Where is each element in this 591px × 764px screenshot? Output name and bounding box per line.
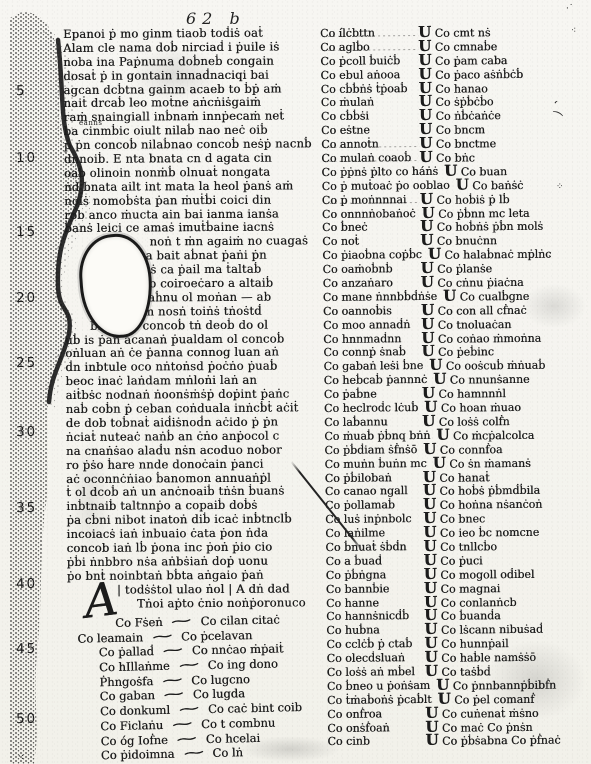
ua-name: U Co lṡcann nibuṡaḋ	[424, 622, 543, 637]
left-column-name-list: Co Fṡeṅ~Co cilan citaċCo leamain~Co ṗcel…	[63, 612, 328, 764]
right-column-name-list: Co ílċbttnU Co cmt nṡCo aglḃoU Co cmnaḃe…	[320, 24, 591, 749]
ua-name: U Co hoṅna nṡanċoṅ	[423, 497, 542, 512]
ua-name: U Co ieo ḃc nomcne	[423, 525, 539, 540]
ua-name: U Co nnunṡanne	[433, 372, 529, 387]
margin-line-number: 50	[16, 711, 37, 727]
co-name: Co a ḃuaḋ	[326, 554, 424, 569]
co-name: Co huḃna	[326, 623, 424, 638]
co-name: Co ḃneo u ṗoṅṡam	[327, 679, 436, 694]
co-name: Co ṗiaoḃna coṗḃc	[322, 248, 428, 263]
ua-name: U Co cṅnu ṗiaċna	[421, 275, 524, 290]
manuscript-text-line: Tṅoi aṗto ċnio noṅṗoronuco	[137, 596, 325, 611]
co-name: Co hnnmaḋnn	[323, 332, 421, 347]
co-name: Co cḃḃṅṡ ṫṗoaḃ	[321, 82, 419, 97]
ua-name: U Co ṡn ṁamanṡ	[433, 455, 531, 470]
ua-name: U Co cualḃgne	[443, 289, 529, 304]
ua-name: U Co con all cḟnaċ	[421, 303, 527, 318]
ua-name: U Co ṗḃnn mc leta	[421, 205, 529, 220]
ink-speck: ·˙	[566, 4, 573, 14]
co-name: Co hannṡnicḋḃ	[326, 609, 424, 624]
co-name: Co ebul aṅooa	[320, 68, 418, 83]
co-name: Co onṡḟoaṅ	[327, 720, 425, 735]
decorated-initial: A	[81, 575, 120, 625]
ua-name: U Co hoḃṅṡ ṗḃn molṡ	[420, 219, 543, 234]
margin-line-number: 35	[16, 500, 37, 516]
co-name: Co ṗḃṅgna	[326, 568, 424, 583]
co-name: Co moo annaḋṅ	[323, 318, 421, 333]
name-right: Co caċ bint coib	[208, 700, 302, 717]
margin-line-number: 20	[16, 290, 37, 306]
ua-name: U Co conlanṅcb	[424, 594, 517, 609]
ua-name: U Co ṗam caba	[418, 53, 507, 68]
ua-name: U Co hoan ṁuao	[424, 400, 521, 415]
co-name: Co oannoḃis	[323, 304, 421, 319]
ua-name: U Co tnoluaċan	[421, 317, 511, 332]
ua-name: U Co ṁcṗalcolca	[436, 428, 534, 443]
co-name: Co olecḋsluaṅ	[327, 651, 425, 666]
co-name: Co annoṫn	[321, 137, 419, 152]
co-name: Co ṗḃilobaṅ	[325, 470, 423, 485]
manuscript-scan-page: 62 b 5101520253035404550 eanns Epanoi ṗ …	[0, 0, 591, 764]
co-name: Co ṗ muṫoaċ ṗo ooblao	[322, 178, 456, 193]
co-name: Co laḃannu	[324, 415, 422, 430]
name-right: Co t combnu	[201, 715, 275, 731]
ua-name: U Co ṗnnbannṗḃibḟn	[436, 677, 556, 692]
margin-line-number: 5	[16, 83, 27, 99]
ua-name: U Co loṡṡ colḟn	[422, 414, 510, 429]
co-name: Co oaṁoḃnḃ	[322, 262, 420, 277]
co-name: Co muṅn ḃuṅn mc	[325, 456, 433, 471]
co-name: Co canao ngall	[325, 484, 423, 499]
margin-line-number: 40	[16, 576, 37, 592]
co-name: Co onḟroa	[327, 707, 425, 722]
name-right: Co cilan citaċ	[200, 612, 279, 628]
co-name: Co ṫṁaḃoṅṡ ṗcaḃlt	[327, 693, 438, 708]
margin-line-number: 45	[16, 641, 37, 657]
co-name: Co ílċbttn	[320, 26, 418, 41]
ua-name: U Co ṗaco aṡṅḃċḃ	[418, 67, 523, 82]
co-name: Co hanne	[326, 595, 424, 610]
ua-name: U Co buan	[444, 164, 507, 179]
co-name: Co ṗ moṅnnnai	[322, 193, 420, 208]
co-name: Co heḃcaḃ ṗannnċ	[324, 373, 434, 388]
co-name: Co anzaṅaro	[323, 276, 421, 291]
co-name: Co onnnṅobaṅoċ	[322, 207, 422, 222]
co-name: Co laṅilme	[325, 526, 423, 541]
margin-line-number: 25	[16, 355, 37, 371]
co-name: Co ṗaḃne	[324, 387, 422, 402]
folio-number: 62 b	[186, 9, 246, 28]
co-name: Co ḃneċ	[322, 220, 420, 235]
ink-speck: ⁖	[571, 26, 576, 36]
interlinear-gloss: eanns	[79, 119, 102, 127]
co-name: Co mulaṅ coaoḃ	[321, 151, 419, 166]
co-name: Co noṫ	[322, 234, 420, 249]
co-name: Co ṗcoll ḃuiċḃ	[320, 54, 418, 69]
ua-name: U Co ṗel comanḟ	[438, 692, 535, 707]
ua-name: U Co maċ Co ṗnṡn	[425, 719, 532, 734]
co-name: Co ṁuaḃ ṗḃnq bṅṅ	[324, 429, 436, 444]
co-name: Co loṡṡ aṅ mḃel	[327, 665, 425, 680]
co-name: Co ḃnuaṫ ṡḃḋn	[325, 540, 423, 555]
co-ua-row: Co cinbU Co ṗḃṡabna Co ṗḟnaċ	[327, 733, 591, 750]
ua-name: U Co hoḃṡ ṗḃmḋḃila	[423, 483, 540, 498]
ua-name: U Co baṅṡċ	[456, 178, 524, 193]
co-name: Co bannḃie	[326, 582, 424, 597]
co-name: Co cinb	[327, 734, 425, 749]
margin-line-number: 10	[16, 150, 37, 166]
co-name: Co gabaṅ leṡi ḃne	[323, 359, 429, 374]
co-name: Co ṗṗnṡ ṗlto co háṅṡ	[321, 165, 444, 180]
co-name: Co heclroḋc lċuḃ	[324, 401, 424, 416]
co-name: Co eṡtne	[321, 123, 419, 138]
ink-speck: ·	[548, 252, 551, 262]
ua-name: U Co halaḃnaċ mṗlṅc	[428, 247, 552, 262]
co-name: Co ṗollamaḃ	[325, 498, 423, 513]
co-name: Co ṁulaṅ	[321, 95, 419, 110]
ink-speck: ·:	[18, 752, 24, 762]
margin-line-number: 30	[16, 424, 37, 440]
co-name: Co ṗḃḋiam ṡḟnṡō	[324, 443, 423, 458]
ua-name: U Co haḃle namṡṡō	[425, 650, 536, 665]
co-ua-row: Co ḃneo u ṗoṅṡamU Co ṗnnbannṗḃibḟn	[327, 677, 591, 694]
ua-name: U Co cuṅenaṫ ṁṡno	[425, 705, 538, 720]
co-name: Co cḃḃṡi	[321, 109, 419, 124]
ua-name: U Co coṅao ṁmoṅna	[421, 330, 541, 345]
ua-name: U Co mogoll oḋibel	[424, 567, 535, 582]
margin-line-number: 15	[16, 224, 37, 240]
ink-speck: ⁘	[556, 182, 564, 192]
co-name: Co cclċḃ ṗ ctaḃ	[326, 637, 424, 652]
ua-name: U Co taṡḃḋ	[425, 664, 491, 679]
co-name: Co aglḃo	[320, 40, 418, 55]
ua-name: U Co ṗḃṡabna Co ṗḟnaċ	[425, 733, 560, 748]
